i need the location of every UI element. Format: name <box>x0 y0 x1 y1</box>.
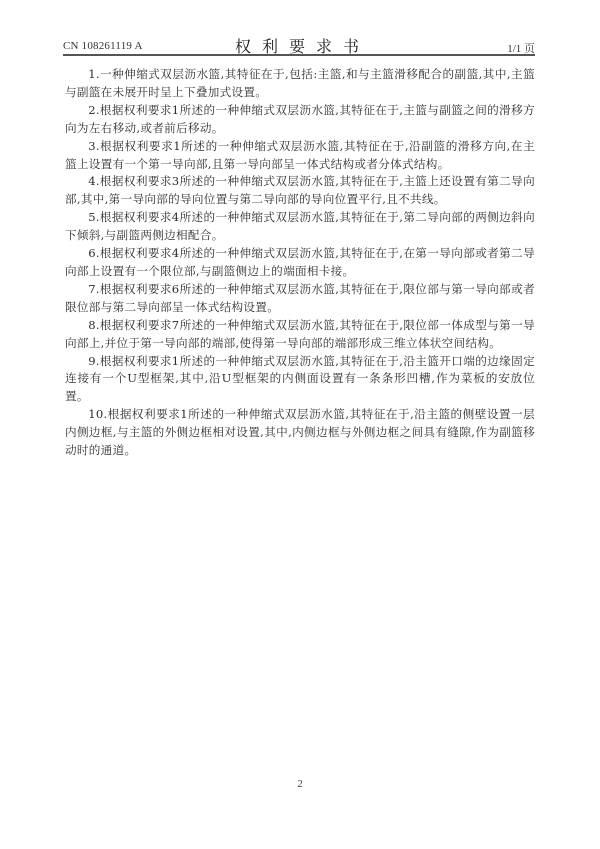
claim-4: 4.根据权利要求3所述的一种伸缩式双层沥水篮,其特征在于,主篮上还设置有第二导向… <box>65 173 535 209</box>
header-divider <box>63 54 535 56</box>
claims-body: 1.一种伸缩式双层沥水篮,其特征在于,包括:主篮,和与主篮滑移配合的副篮,其中,… <box>65 66 535 460</box>
page-number: 2 <box>0 778 600 790</box>
claim-2: 2.根据权利要求1所述的一种伸缩式双层沥水篮,其特征在于,主篮与副篮之间的滑移方… <box>65 102 535 138</box>
claim-10: 10.根据权利要求1所述的一种伸缩式双层沥水篮,其特征在于,沿主篮的侧壁设置一层… <box>65 406 535 460</box>
claim-8: 8.根据权利要求7所述的一种伸缩式双层沥水篮,其特征在于,限位部一体成型与第一导… <box>65 317 535 353</box>
page-header: CN 108261119 A 权利要求书 1/1 页 <box>63 34 535 54</box>
claim-5: 5.根据权利要求4所述的一种伸缩式双层沥水篮,其特征在于,第二导向部的两侧边斜向… <box>65 209 535 245</box>
claim-3: 3.根据权利要求1所述的一种伸缩式双层沥水篮,其特征在于,沿副篮的滑移方向,在主… <box>65 138 535 174</box>
claim-6: 6.根据权利要求4所述的一种伸缩式双层沥水篮,其特征在于,在第一导向部或者第二导… <box>65 245 535 281</box>
publication-number: CN 108261119 A <box>63 40 143 52</box>
claim-7: 7.根据权利要求6所述的一种伸缩式双层沥水篮,其特征在于,限位部与第一导向部或者… <box>65 281 535 317</box>
claim-9: 9.根据权利要求1所述的一种伸缩式双层沥水篮,其特征在于,沿主篮开口端的边缘固定… <box>65 353 535 407</box>
claim-1: 1.一种伸缩式双层沥水篮,其特征在于,包括:主篮,和与主篮滑移配合的副篮,其中,… <box>65 66 535 102</box>
